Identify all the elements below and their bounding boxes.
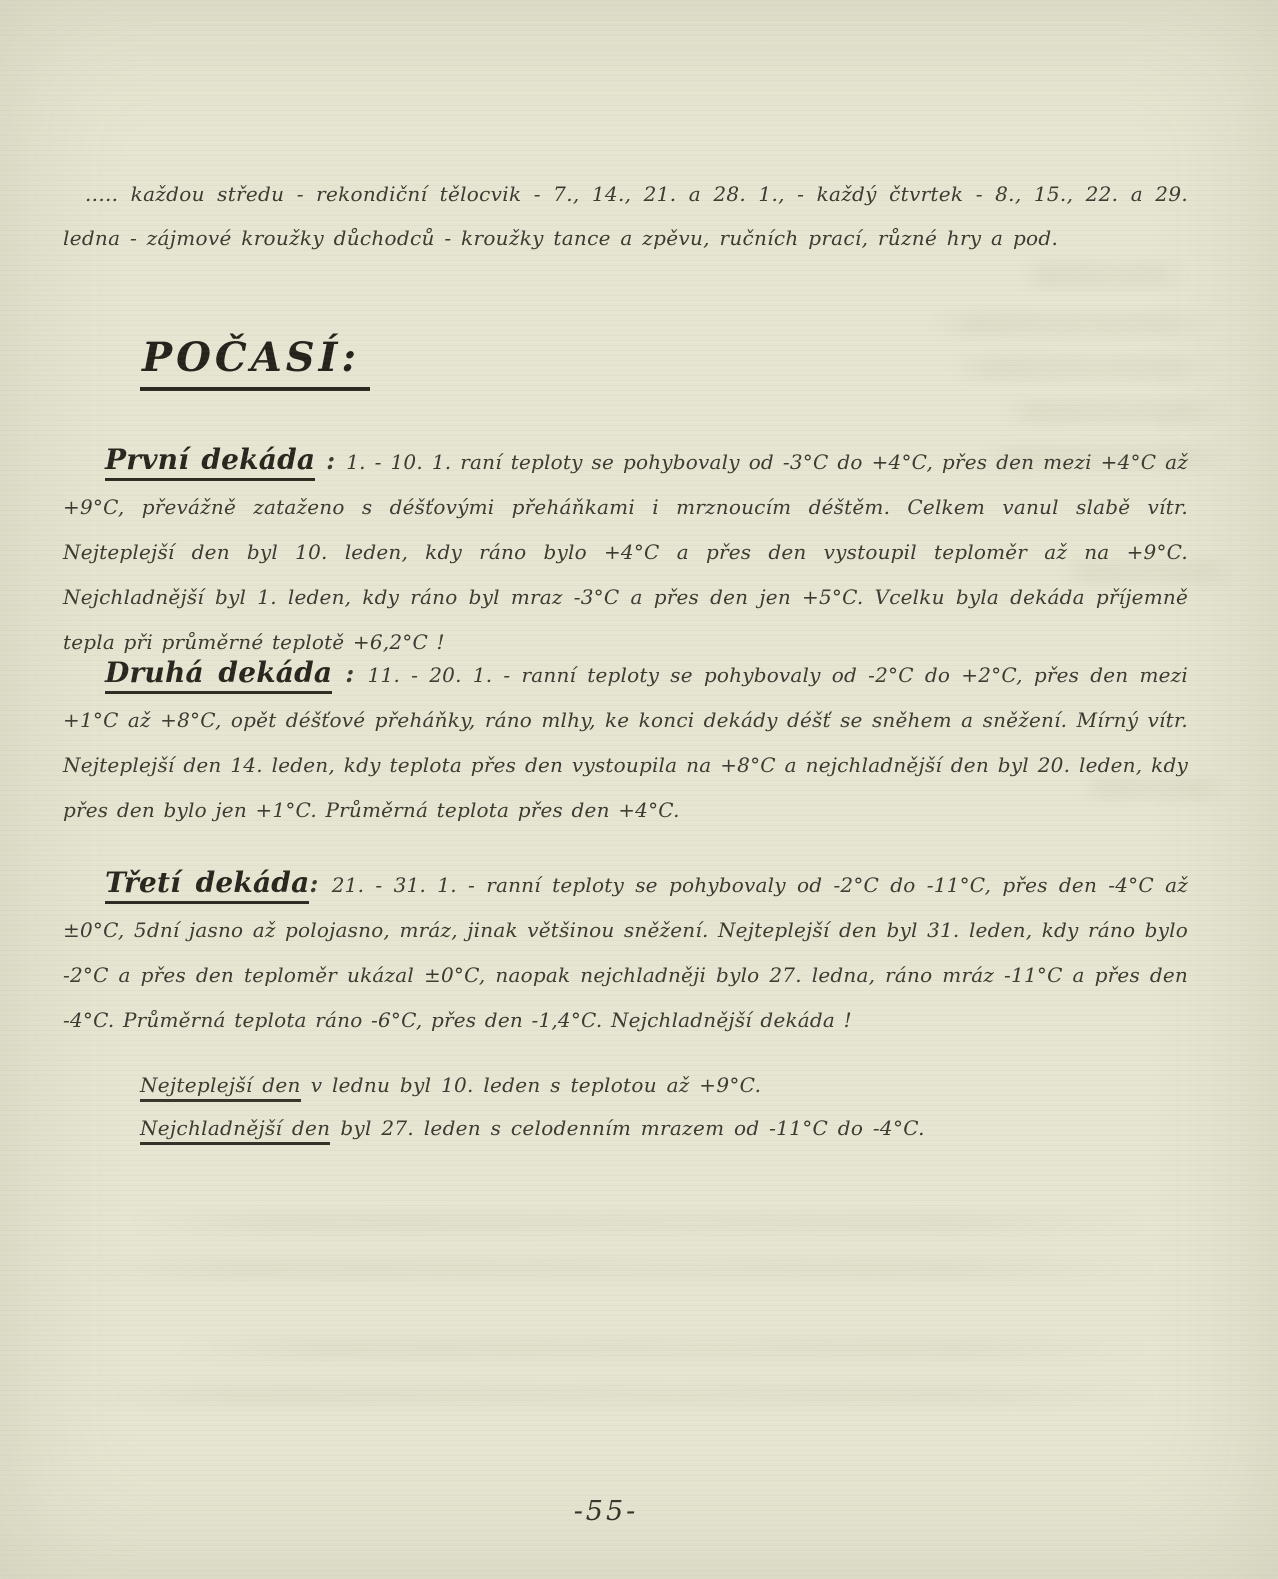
bleed-through-mark bbox=[930, 312, 1220, 336]
warmest-day-label: Nejteplejší den bbox=[140, 1073, 301, 1102]
page-number: -55- bbox=[0, 1496, 1212, 1527]
bleed-through-mark bbox=[1020, 262, 1190, 288]
bleed-through-mark bbox=[950, 356, 1220, 380]
third-decade-separator: : bbox=[309, 869, 331, 898]
intro-paragraph: ..... každou středu - rekondiční tělocvi… bbox=[63, 172, 1188, 260]
third-decade-title: Třetí dekáda bbox=[105, 866, 309, 904]
chronicle-page: ..... každou středu - rekondiční tělocvi… bbox=[0, 0, 1278, 1579]
coldest-day-line: Nejchladnější denbyl 27. leden s celoden… bbox=[140, 1116, 925, 1140]
first-decade-title: První dekáda bbox=[105, 443, 315, 481]
first-decade-separator: : bbox=[315, 446, 346, 475]
first-decade-paragraph: První dekáda : 1. - 10. 1. raní teploty … bbox=[63, 437, 1188, 665]
bleed-through-mark bbox=[1000, 400, 1230, 424]
bleed-through-mark bbox=[70, 1384, 1170, 1406]
bleed-through-mark bbox=[170, 1338, 1160, 1360]
coldest-day-text: byl 27. leden s celodenním mrazem od -11… bbox=[340, 1116, 925, 1140]
second-decade-separator: : bbox=[332, 659, 367, 688]
weather-heading-text: POČASÍ: bbox=[140, 334, 370, 391]
warmest-day-line: Nejteplejší denv lednu byl 10. leden s t… bbox=[140, 1073, 761, 1097]
bleed-through-mark bbox=[70, 1258, 1170, 1280]
second-decade-paragraph: Druhá dekáda : 11. - 20. 1. - ranní tepl… bbox=[63, 650, 1188, 833]
warmest-day-text: v lednu byl 10. leden s teplotou až +9°C… bbox=[311, 1073, 762, 1097]
coldest-day-label: Nejchladnější den bbox=[140, 1116, 330, 1145]
bleed-through-mark bbox=[120, 1212, 1160, 1234]
second-decade-title: Druhá dekáda bbox=[105, 656, 332, 694]
weather-section-heading: POČASÍ: bbox=[140, 334, 370, 381]
third-decade-paragraph: Třetí dekáda: 21. - 31. 1. - ranní teplo… bbox=[63, 860, 1188, 1043]
